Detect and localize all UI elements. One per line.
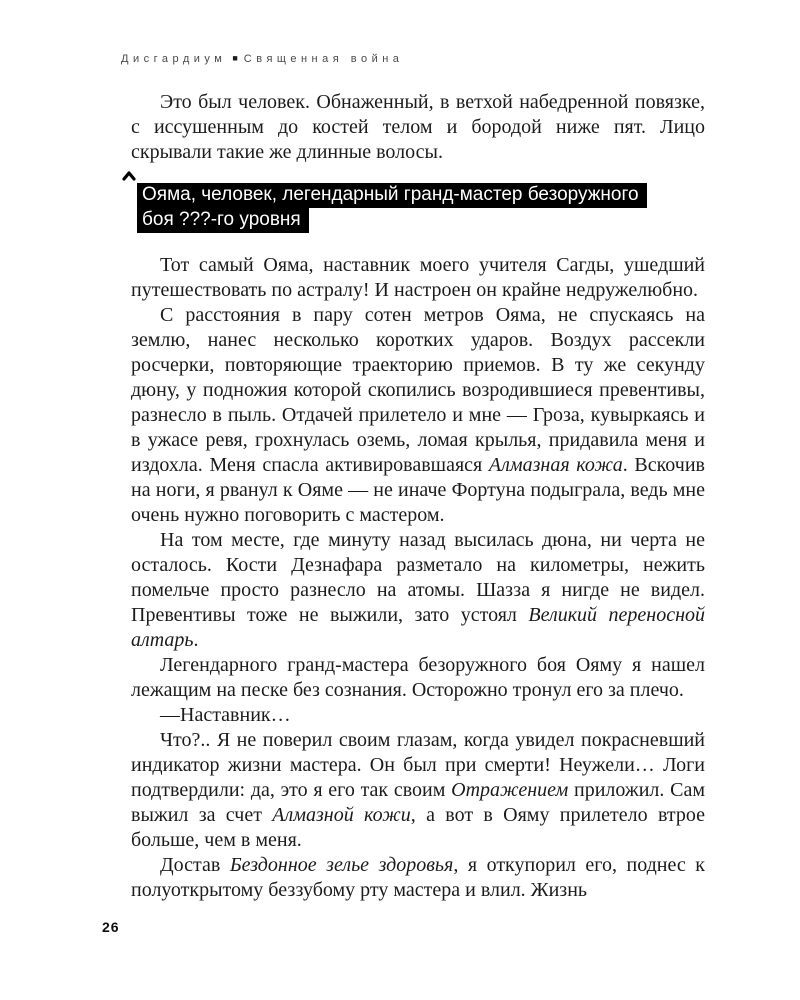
paragraph-group-main: Тот самый Ояма, наставник моего учителя … [131, 253, 705, 903]
callout-line: боя ???-го уровня [137, 208, 309, 233]
book-title: Дисгардиум [121, 53, 226, 65]
book-page: Дисгардиум■Священная война Это был челов… [0, 0, 800, 1000]
paragraph-group-intro: Это был человек. Обнаженный, в ветхой на… [131, 90, 705, 165]
paragraph: Это был человек. Обнаженный, в ветхой на… [131, 90, 705, 165]
paragraph: Тот самый Ояма, наставник моего учителя … [131, 253, 705, 303]
paragraph: Достав Бездонное зелье здоровья, я откуп… [131, 853, 705, 903]
page-number: 26 [102, 919, 120, 935]
header-separator-icon: ■ [232, 53, 237, 63]
callout-line: Ояма, человек, легендарный гранд-мастер … [137, 183, 647, 208]
paragraph: Легендарного гранд-мастера безоружного б… [131, 653, 705, 703]
game-status-callout: Ояма, человек, легендарный гранд-мастер … [137, 183, 705, 233]
chevron-up-icon [122, 171, 136, 181]
chapter-title: Священная война [244, 53, 404, 65]
running-header: Дисгардиум■Священная война [121, 53, 403, 65]
paragraph: На том месте, где минуту назад высилась … [131, 528, 705, 653]
paragraph: С расстояния в пару сотен метров Ояма, н… [131, 303, 705, 528]
paragraph: —Наставник… [131, 703, 705, 728]
paragraph: Что?.. Я не поверил своим глазам, когда … [131, 728, 705, 853]
text-column: Это был человек. Обнаженный, в ветхой на… [131, 90, 705, 903]
